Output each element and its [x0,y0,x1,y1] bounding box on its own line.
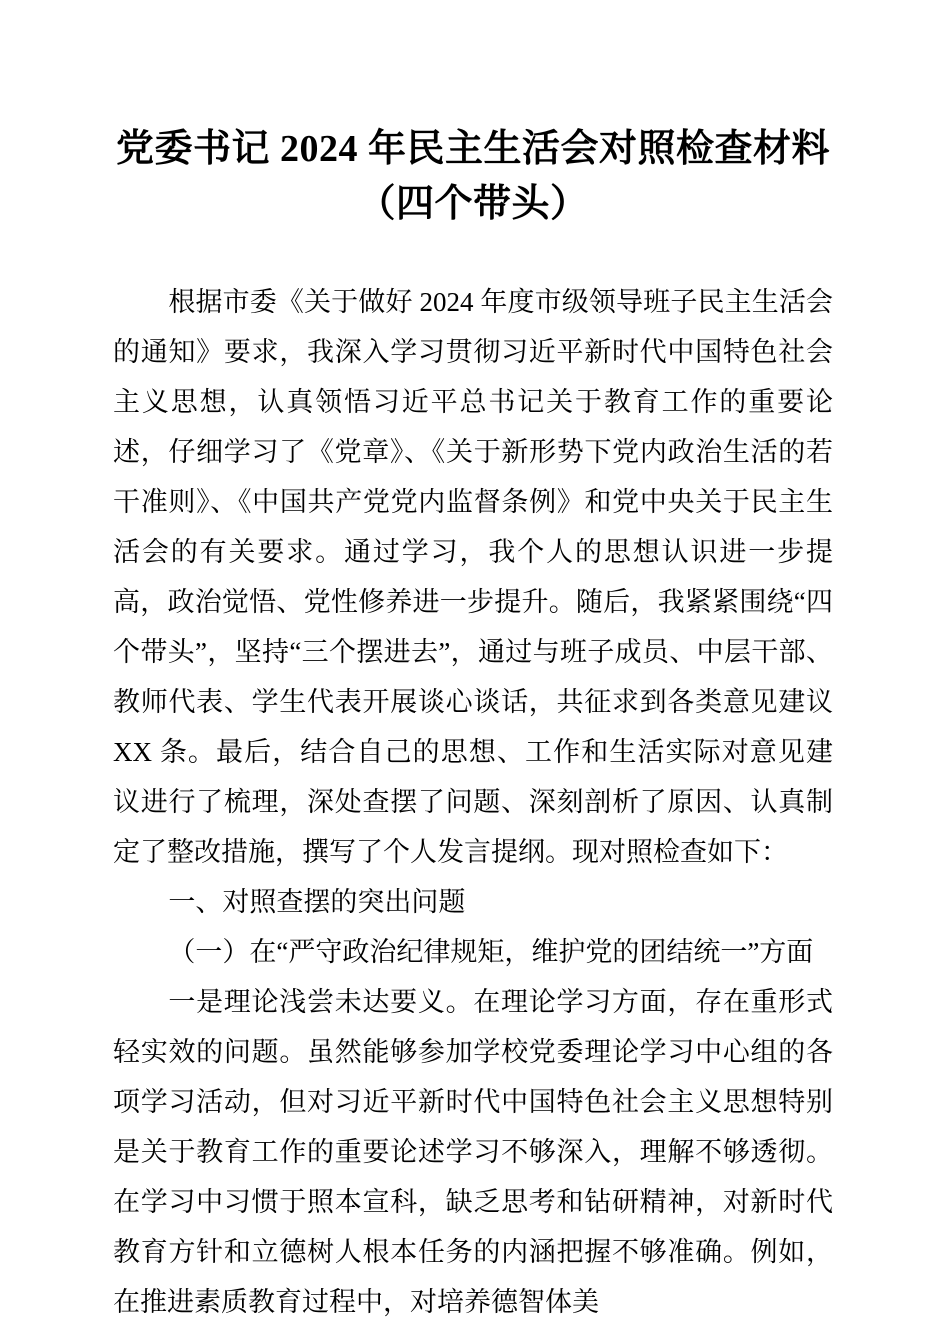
document-page: 党委书记 2024 年民主生活会对照检查材料（四个带头） 根据市委《关于做好 2… [0,0,950,1344]
subsection-heading-political-discipline: （一）在“严守政治纪律规矩，维护党的团结统一”方面 [113,927,833,977]
paragraph-issue-one-theory-study: 一是理论浅尝未达要义。在理论学习方面，存在重形式轻实效的问题。虽然能够参加学校党… [113,977,833,1327]
document-title: 党委书记 2024 年民主生活会对照检查材料（四个带头） [113,122,833,232]
document-title-line-1: 党委书记 2024 年民主生活会对照检查材料 [116,128,830,170]
paragraph-introduction: 根据市委《关于做好 2024 年度市级领导班子民主生活会的通知》要求，我深入学习… [113,277,833,877]
section-heading-problems: 一、对照查摆的突出问题 [113,877,833,927]
document-title-line-2: （四个带头） [357,183,588,225]
